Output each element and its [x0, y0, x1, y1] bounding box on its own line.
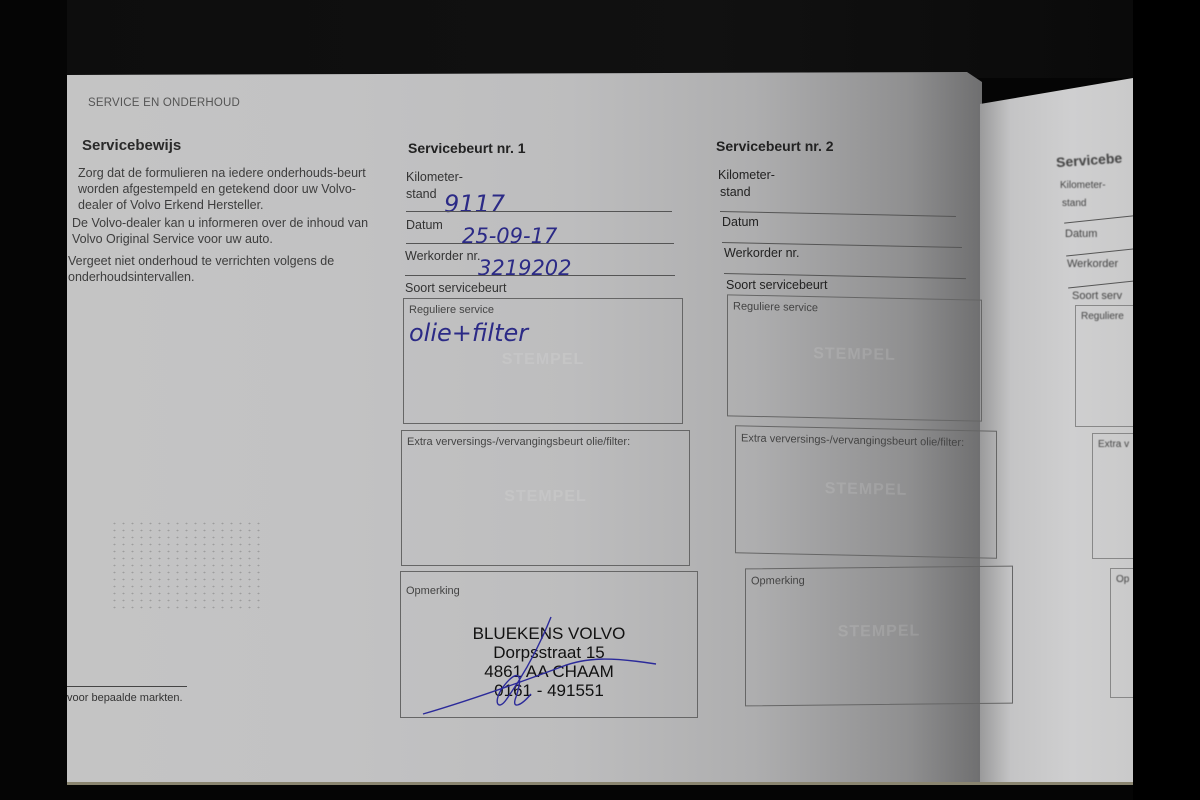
- service-3-title: Servicebe: [1056, 150, 1123, 171]
- reguliere-service-box[interactable]: Reguliere: [1075, 305, 1133, 427]
- right-border: [1133, 0, 1200, 800]
- kilometer-label: Kilometer-: [1060, 180, 1106, 191]
- kilometer-label-2: stand: [1062, 198, 1086, 209]
- datum-line[interactable]: [1066, 248, 1133, 256]
- service-column-3: Servicebe Kilometer- stand Datum Werkord…: [0, 0, 1133, 800]
- soort-label: Soort serv: [1072, 290, 1122, 302]
- extra-service-box[interactable]: Extra v: [1092, 433, 1133, 559]
- extra-label: Extra v: [1098, 439, 1129, 450]
- opmerking-box[interactable]: Op: [1110, 568, 1133, 698]
- kilometer-line[interactable]: [1064, 215, 1133, 223]
- reguliere-label: Reguliere: [1081, 311, 1124, 322]
- opmerking-label: Op: [1116, 574, 1129, 585]
- werkorder-label: Werkorder: [1067, 258, 1118, 270]
- werkorder-line[interactable]: [1068, 281, 1133, 289]
- datum-label: Datum: [1065, 228, 1097, 240]
